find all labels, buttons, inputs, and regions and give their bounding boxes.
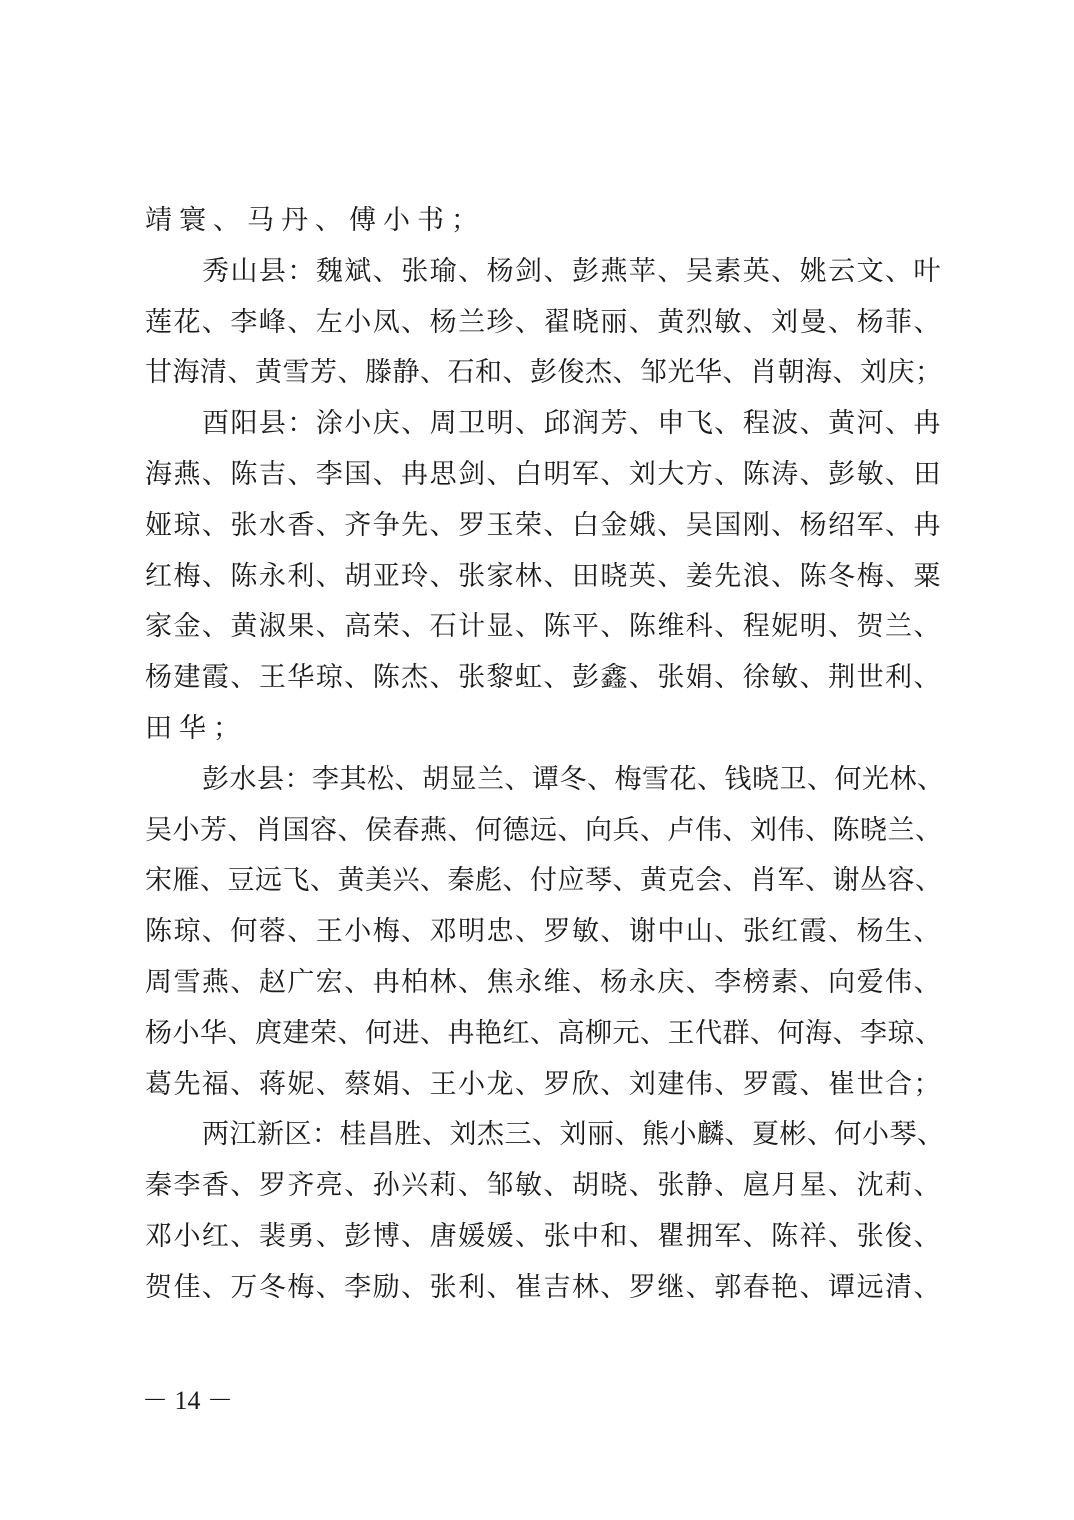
paragraph-pengshui-line: 吴小芳、肖国容、侯春燕、何德远、向兵、卢伟、刘伟、陈晓兰、 bbox=[145, 806, 941, 857]
paragraph-xiushan-line: 甘海清、黄雪芳、滕静、石和、彭俊杰、邹光华、肖朝海、刘庆； bbox=[145, 348, 941, 399]
paragraph-youyang-line: 红梅、陈永利、胡亚玲、张家林、田晓英、姜先浪、陈冬梅、粟 bbox=[145, 552, 941, 603]
paragraph-youyang-line: 家金、黄淑果、高荣、石计显、陈平、陈维科、程妮明、贺兰、 bbox=[145, 602, 941, 653]
paragraph-pengshui-line: 杨小华、庹建荣、何进、冉艳红、高柳元、王代群、何海、李琼、 bbox=[145, 1009, 941, 1060]
paragraph-liangjiang-line: 两江新区：桂昌胜、刘杰三、刘丽、熊小麟、夏彬、何小琴、 bbox=[145, 1110, 941, 1161]
paragraph-pengshui-line: 陈琼、何蓉、王小梅、邓明忠、罗敏、谢中山、张红霞、杨生、 bbox=[145, 907, 941, 958]
paragraph-youyang-line: 海燕、陈吉、李国、冉思剑、白明军、刘大方、陈涛、彭敏、田 bbox=[145, 450, 941, 501]
continuation-line: 靖寰、马丹、傅小书； bbox=[145, 196, 941, 247]
paragraph-liangjiang-line: 贺佳、万冬梅、李励、张利、崔吉林、罗继、郭春艳、谭远清、 bbox=[145, 1263, 941, 1314]
paragraph-liangjiang-line: 邓小红、裴勇、彭博、唐媛媛、张中和、瞿拥军、陈祥、张俊、 bbox=[145, 1212, 941, 1263]
paragraph-pengshui-line: 周雪燕、赵广宏、冉柏林、焦永维、杨永庆、李榜素、向爱伟、 bbox=[145, 958, 941, 1009]
paragraph-pengshui-line: 彭水县：李其松、胡显兰、谭冬、梅雪花、钱晓卫、何光林、 bbox=[145, 755, 941, 806]
paragraph-youyang-line: 娅琼、张水香、齐争先、罗玉荣、白金娥、吴国刚、杨绍军、冉 bbox=[145, 501, 941, 552]
document-page: 靖寰、马丹、傅小书； 秀山县：魏斌、张瑜、杨剑、彭燕苹、吴素英、姚云文、叶 莲花… bbox=[0, 0, 1074, 1520]
paragraph-pengshui-line: 葛先福、蒋妮、蔡娟、王小龙、罗欣、刘建伟、罗霞、崔世合； bbox=[145, 1060, 941, 1111]
name-list-body: 靖寰、马丹、傅小书； 秀山县：魏斌、张瑜、杨剑、彭燕苹、吴素英、姚云文、叶 莲花… bbox=[145, 196, 941, 1314]
paragraph-youyang-line: 杨建霞、王华琼、陈杰、张黎虹、彭鑫、张娟、徐敏、荆世利、 bbox=[145, 653, 941, 704]
paragraph-xiushan-line: 秀山县：魏斌、张瑜、杨剑、彭燕苹、吴素英、姚云文、叶 bbox=[145, 247, 941, 298]
paragraph-xiushan-line: 莲花、李峰、左小凤、杨兰珍、翟晓丽、黄烈敏、刘曼、杨菲、 bbox=[145, 298, 941, 349]
paragraph-youyang-line: 酉阳县：涂小庆、周卫明、邱润芳、申飞、程波、黄河、冉 bbox=[145, 399, 941, 450]
page-number: － 14 － bbox=[142, 1380, 233, 1417]
paragraph-pengshui-line: 宋雁、豆远飞、黄美兴、秦彪、付应琴、黄克会、肖军、谢丛容、 bbox=[145, 856, 941, 907]
paragraph-liangjiang-line: 秦李香、罗齐亮、孙兴莉、邹敏、胡晓、张静、扈月星、沈莉、 bbox=[145, 1161, 941, 1212]
paragraph-youyang-line: 田华； bbox=[145, 704, 941, 755]
